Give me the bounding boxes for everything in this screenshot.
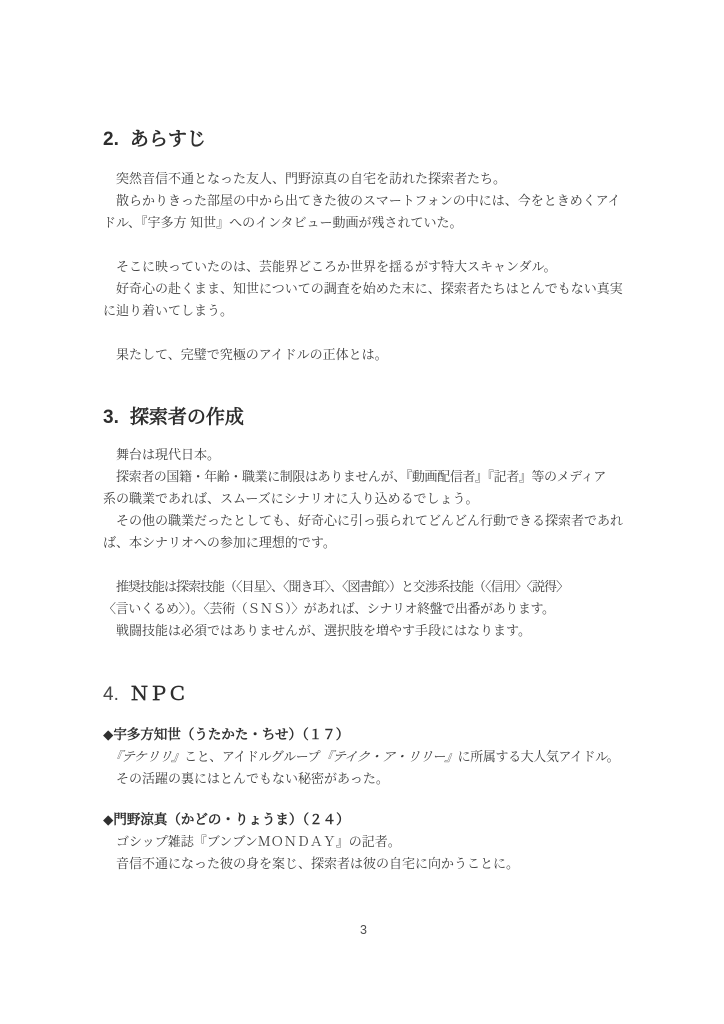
text-line: ば、本シナリオへの参加に理想的です。 xyxy=(103,532,624,554)
text-line: 音信不通になった彼の身を案じ、探索者は彼の自宅に向かうことに。 xyxy=(103,853,624,875)
text-line: 果たして、完璧で究極のアイドルの正体とは。 xyxy=(103,344,624,366)
synopsis-paragraph-1: 突然音信不通となった友人、門野涼真の自宅を訪れた探索者たち。 散らかりきった部屋… xyxy=(103,168,624,234)
text-line: 系の職業であれば、スムーズにシナリオに入り込めるでしょう。 xyxy=(103,488,624,510)
text-line: 戦闘技能は必須ではありませんが、選択肢を増やす手段にはなります。 xyxy=(103,620,624,642)
blank-line xyxy=(103,234,624,256)
text-line: 突然音信不通となった友人、門野涼真の自宅を訪れた探索者たち。 xyxy=(103,168,624,190)
text-line: 〈言いくるめ〉）。〈芸術（ＳＮＳ）〉があれば、シナリオ終盤で出番があります。 xyxy=(103,598,624,620)
page-number: 3 xyxy=(103,919,624,941)
text-line: ゴシップ雑誌『ブンブンＭＯＮＤＡＹ』の記者。 xyxy=(103,831,624,853)
text-line: その他の職業だったとしても、好奇心に引っ張られてどんどん行動できる探索者であれ xyxy=(103,510,624,532)
npc-ryoma-description: ゴシップ雑誌『ブンブンＭＯＮＤＡＹ』の記者。 音信不通になった彼の身を案じ、探索… xyxy=(103,831,624,875)
section-heading-npc: 4.ＮＰＣ xyxy=(103,683,624,707)
idol-group-name: 『テイク・ア・リリー』 xyxy=(319,746,460,768)
section-number-2: 2. xyxy=(103,128,119,152)
section-heading-synopsis: 2.あらすじ xyxy=(103,128,624,152)
text-line: 好奇心の赴くまま、知世についての調査を始めた末に、探索者たちはとんでもない真実 xyxy=(103,278,624,300)
text-line: 舞台は現代日本。 xyxy=(103,444,624,466)
section-number-4: 4. xyxy=(103,683,119,707)
section-title-investigator-creation: 探索者の作成 xyxy=(130,407,244,428)
idol-alias-name: 『テケリリ』 xyxy=(107,746,185,768)
text-line: そこに映っていたのは、芸能界どころか世界を揺るがす特大スキャンダル。 xyxy=(103,256,624,278)
text-line: に辿り着いてしまう。 xyxy=(103,300,624,322)
blank-line xyxy=(103,322,624,344)
section-heading-investigator-creation: 3.探索者の作成 xyxy=(103,406,624,430)
creation-paragraph-2: 推奨技能は探索技能（〈目星〉、〈聞き耳〉、〈図書館〉）と交渉系技能（〈信用〉〈説… xyxy=(103,576,624,642)
blank-line xyxy=(103,554,624,576)
text-line: 探索者の国籍・年齢・職業に制限はありませんが、『動画配信者』『記者』等のメディア xyxy=(103,466,624,488)
synopsis-paragraph-3: 果たして、完璧で究極のアイドルの正体とは。 xyxy=(103,344,624,366)
npc-chise-description: 『テケリリ』こと、アイドルグループ『テイク・ア・リリー』に所属する大人気アイドル… xyxy=(103,746,624,790)
text-line: 散らかりきった部屋の中から出てきた彼のスマートフォンの中には、今をときめくアイ xyxy=(103,190,624,212)
text-span: に所属する大人気アイドル。 xyxy=(458,749,620,764)
text-line: 推奨技能は探索技能（〈目星〉、〈聞き耳〉、〈図書館〉）と交渉系技能（〈信用〉〈説… xyxy=(103,576,624,598)
npc-heading-chise: ◆宇多方知世（うたかた・ちせ）（１７） xyxy=(103,724,624,746)
text-line: ドル、『宇多方 知世』へのインタビュー動画が残されていた。 xyxy=(103,212,624,234)
text-line: その活躍の裏にはとんでもない秘密があった。 xyxy=(103,768,624,790)
synopsis-paragraph-2: そこに映っていたのは、芸能界どころか世界を揺るがす特大スキャンダル。 好奇心の赴… xyxy=(103,256,624,322)
text-span: こと、アイドルグループ xyxy=(184,749,320,764)
section-title-synopsis: あらすじ xyxy=(130,129,206,150)
creation-paragraph-1: 舞台は現代日本。 探索者の国籍・年齢・職業に制限はありませんが、『動画配信者』『… xyxy=(103,444,624,554)
document-page: 2.あらすじ 突然音信不通となった友人、門野涼真の自宅を訪れた探索者たち。 散ら… xyxy=(0,0,724,1024)
section-title-npc: ＮＰＣ xyxy=(130,684,187,705)
npc-heading-ryoma: ◆門野涼真（かどの・りょうま）（２４） xyxy=(103,809,624,831)
section-number-3: 3. xyxy=(103,406,119,430)
text-line: 『テケリリ』こと、アイドルグループ『テイク・ア・リリー』に所属する大人気アイドル… xyxy=(103,746,624,768)
